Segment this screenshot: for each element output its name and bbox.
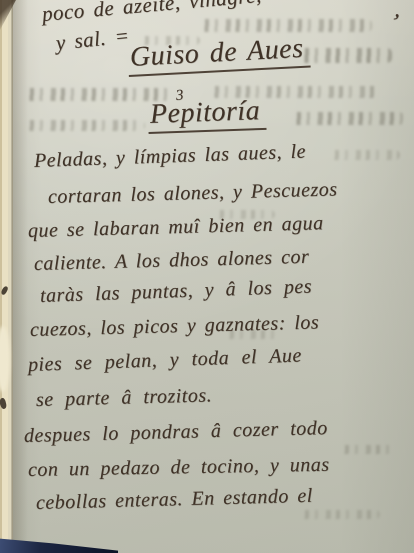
ink-bleed	[340, 445, 395, 454]
ink-bleed	[200, 19, 372, 32]
recipe-title: Pepitoría	[147, 95, 266, 134]
manuscript-line: se parte â trozitos.	[36, 384, 213, 412]
ink-bleed	[300, 510, 380, 519]
ink-bleed	[292, 112, 404, 125]
ink-bleed	[330, 150, 400, 160]
manuscript-photo: poco de azeite, vinagre, , y sal. = Guis…	[0, 0, 414, 553]
gutter-shadow	[12, 0, 28, 553]
ink-bleed	[25, 120, 145, 131]
ink-bleed	[300, 48, 392, 63]
